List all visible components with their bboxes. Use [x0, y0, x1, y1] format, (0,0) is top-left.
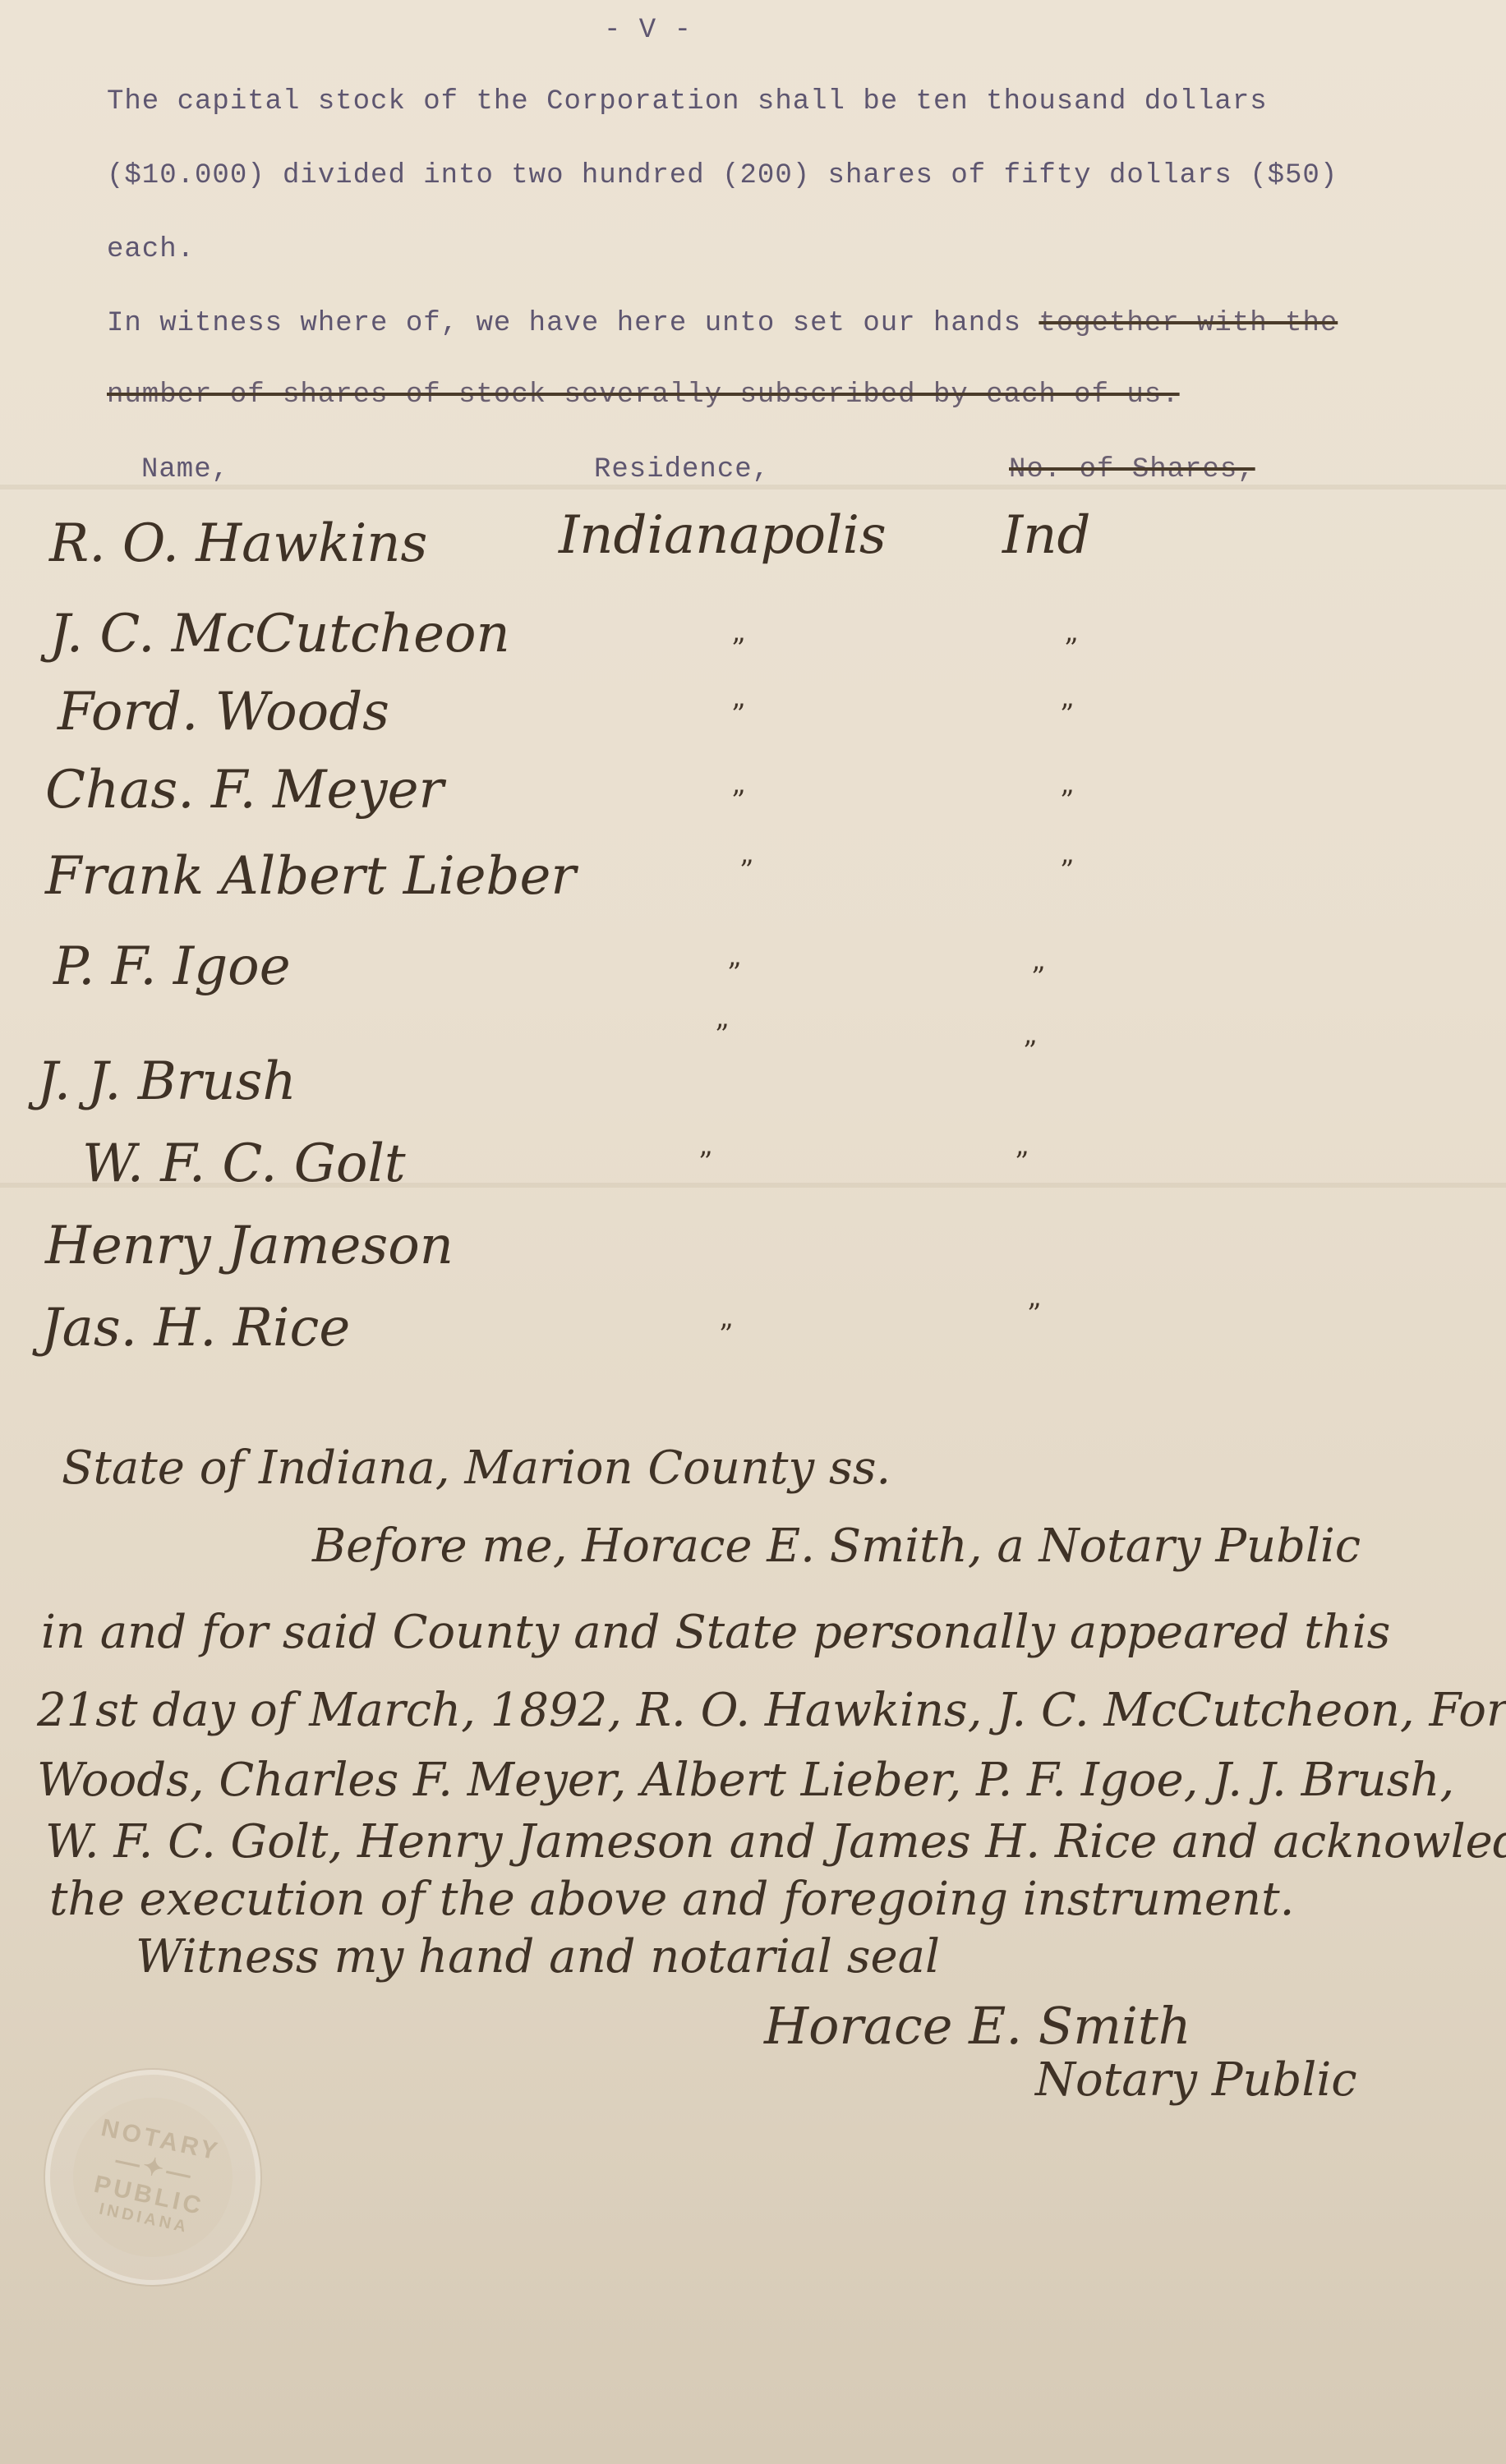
page-number: - V -	[604, 15, 692, 46]
notary-seal-emboss: NOTARY —✦— PUBLIC INDIANA	[25, 2050, 281, 2305]
signature-row-8-name: W. F. C. Golt	[82, 1133, 406, 1194]
signature-row-2-name: J. C. McCutcheon	[49, 604, 510, 664]
typed-line-1: The capital stock of the Corporation sha…	[107, 86, 1268, 117]
ditto-residence-4: ”	[731, 784, 745, 817]
notary-line-7: Witness my hand and notarial seal	[136, 1930, 940, 1984]
ditto-state-5: ”	[1060, 854, 1074, 887]
ditto-state-8: ”	[1015, 1146, 1029, 1179]
ditto-state-3: ”	[1060, 698, 1074, 731]
signature-row-7-name: J. J. Brush	[37, 1051, 297, 1112]
ditto-state-10: ”	[1027, 1298, 1041, 1331]
ditto-state-6: ”	[1031, 961, 1045, 994]
ditto-residence-7: ”	[715, 1018, 729, 1051]
signature-row-4-name: Chas. F. Meyer	[45, 760, 444, 821]
header-shares-struck: No. of Shares,	[1009, 454, 1255, 485]
ditto-state-4: ”	[1060, 784, 1074, 817]
notary-line-2: in and for said County and State persona…	[41, 1606, 1390, 1659]
signature-row-1-name: R. O. Hawkins	[49, 513, 427, 574]
header-name: Name,	[141, 454, 229, 485]
notary-title: Notary Public	[1035, 2053, 1357, 2107]
signature-row-1-residence: Indianapolis	[559, 505, 887, 566]
ditto-residence-6: ”	[727, 957, 741, 990]
notary-signature: Horace E. Smith	[764, 1996, 1191, 2056]
signature-row-3-name: Ford. Woods	[58, 682, 389, 742]
notary-line-3: 21st day of March, 1892, R. O. Hawkins, …	[37, 1684, 1506, 1737]
ditto-residence-2: ”	[731, 632, 745, 665]
typed-line-2: ($10.000) divided into two hundred (200)…	[107, 160, 1338, 191]
signature-row-6-name: P. F. Igoe	[53, 936, 291, 997]
ditto-state-2: ”	[1064, 632, 1078, 665]
notary-line-1: Before me, Horace E. Smith, a Notary Pub…	[312, 1519, 1361, 1573]
ditto-residence-3: ”	[731, 698, 745, 731]
notary-line-6: the execution of the above and foregoing…	[49, 1873, 1294, 1926]
signature-row-9-name: Henry Jameson	[45, 1216, 454, 1276]
signature-row-5-name: Frank Albert Lieber	[45, 846, 576, 907]
signature-row-10-name: Jas. H. Rice	[41, 1298, 350, 1358]
typed-line-5-struck: number of shares of stock severally subs…	[107, 379, 1180, 411]
signature-row-1-state: Ind	[1002, 505, 1090, 566]
typed-line-3: each.	[107, 234, 195, 265]
typed-line-4-struck: together with the	[1039, 308, 1338, 339]
ditto-state-7: ”	[1023, 1035, 1037, 1068]
notary-line-4: Woods, Charles F. Meyer, Albert Lieber, …	[37, 1754, 1454, 1807]
ditto-residence-8: ”	[698, 1146, 712, 1179]
ditto-residence-5: ”	[739, 854, 753, 887]
typed-line-4: In witness where of, we have here unto s…	[107, 308, 1338, 339]
ditto-residence-10: ”	[719, 1318, 733, 1351]
notary-line-5: W. F. C. Golt, Henry Jameson and James H…	[45, 1815, 1506, 1869]
notary-venue: State of Indiana, Marion County ss.	[62, 1441, 891, 1495]
header-residence: Residence,	[594, 454, 770, 485]
typed-line-4-kept: In witness where of, we have here unto s…	[107, 308, 1021, 339]
